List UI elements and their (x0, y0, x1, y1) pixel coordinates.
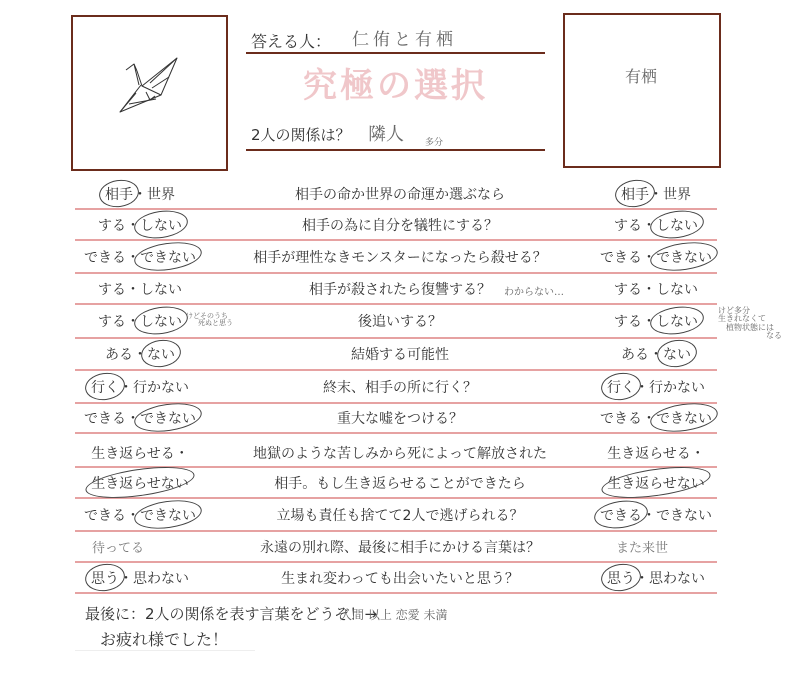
option[interactable]: 世界 (147, 184, 175, 204)
option[interactable]: できない (140, 408, 196, 428)
question-row: する・しない 相手の為に自分を犠牲にする？ する・しない (75, 210, 717, 241)
right-choice: 相手・世界 (595, 184, 717, 204)
option[interactable]: ある (621, 344, 649, 364)
option[interactable]: 思わない (649, 568, 705, 588)
right-choice: できる・できない (595, 247, 717, 267)
option[interactable]: 思わない (133, 568, 189, 588)
left-choice: ある・ない (75, 344, 205, 364)
option[interactable]: できない (656, 247, 712, 267)
question-row: できる・できない 相手が理性なきモンスターになったら殺せる？ できる・できない (75, 241, 717, 274)
left-choice: 生き返らせない (75, 473, 205, 493)
relationship-underline (246, 149, 545, 151)
closing-prompt: 最後に：2人の関係を表す言葉をどうぞ！→ (85, 603, 377, 624)
answerer-label: 答える人： (251, 29, 331, 52)
question-text: 結婚する可能性 (205, 344, 595, 364)
option[interactable]: 世界 (663, 184, 691, 204)
answerer-underline (246, 52, 545, 54)
question-row: 相手・世界 相手の命か世界の命運か選ぶなら 相手・世界 (75, 180, 717, 210)
question-row: ある・ない 結婚する可能性 ある・ない (75, 339, 717, 371)
separator: ・ (642, 282, 656, 298)
question-text: 相手の命か世界の命運か選ぶなら (205, 184, 595, 204)
option[interactable]: しない (140, 215, 182, 235)
question-text: 立場も責任も捨てて2人で逃げられる？ (205, 505, 595, 525)
handwritten-note-right: けど多分 生きれなくて 植物状態には なる (718, 307, 782, 341)
relationship-note: 多分 (425, 135, 443, 148)
option[interactable]: 相手 (105, 184, 133, 204)
right-answer-text: また来世 (616, 541, 668, 556)
answerer-value: 仁侑と有栖 (352, 25, 457, 50)
option[interactable]: ある (105, 344, 133, 364)
option[interactable]: 相手 (621, 184, 649, 204)
option[interactable]: 生き返らせる (91, 443, 175, 463)
origami-crane-icon (73, 17, 226, 169)
option[interactable]: できない (140, 247, 196, 267)
option[interactable]: する (614, 279, 642, 299)
page-title: 究極の選択 (246, 58, 545, 107)
option[interactable]: できる (600, 247, 642, 267)
option[interactable]: 生き返らせる (607, 443, 691, 463)
option[interactable]: しない (656, 311, 698, 331)
option[interactable]: できる (84, 247, 126, 267)
thanks-message: お疲れ様でした！ (100, 627, 228, 650)
left-answer-text: 待ってる (92, 541, 144, 556)
option[interactable]: 行かない (649, 377, 705, 397)
left-choice: できる・できない (75, 247, 205, 267)
right-choice: する・しない (595, 311, 717, 331)
option[interactable]: できない (656, 408, 712, 428)
question-text: 終末、相手の所に行く？ (205, 377, 595, 397)
option[interactable]: しない (656, 215, 698, 235)
question-row: 思う・思わない 生まれ変わっても出会いたいと思う？ 思う・思わない (75, 563, 717, 594)
right-choice: する・しない (595, 279, 717, 299)
right-choice: できる・できない (595, 408, 717, 428)
left-choice: する・しない (75, 215, 205, 235)
right-choice: 生き返らせない (595, 473, 717, 493)
question-row: できる・できない 立場も責任も捨てて2人で逃げられる？ できる・できない (75, 499, 717, 532)
option[interactable]: できない (656, 505, 712, 525)
right-choice: 行く・行かない (595, 377, 717, 397)
option[interactable]: できる (84, 505, 126, 525)
option[interactable]: しない (140, 311, 182, 331)
right-choice: 生き返らせる・ (595, 443, 717, 463)
option[interactable]: 生き返らせない (607, 473, 705, 493)
divider (75, 650, 255, 651)
option[interactable]: 行く (91, 377, 119, 397)
question-text: 生まれ変わっても出会いたいと思う？ (205, 568, 595, 588)
relationship-label: 2人の関係は？ (251, 124, 351, 145)
left-choice: 生き返らせる・ (75, 443, 205, 463)
left-choice: する・しない (75, 279, 205, 299)
option[interactable]: できる (84, 408, 126, 428)
option[interactable]: ない (663, 344, 691, 364)
question-text: 地獄のような苦しみから死によって解放された (205, 443, 595, 463)
right-choice: 思う・思わない (595, 568, 717, 588)
option[interactable]: 行く (607, 377, 635, 397)
option[interactable]: 思う (91, 568, 119, 588)
question-text: 相手が理性なきモンスターになったら殺せる？ (205, 247, 595, 267)
right-choice: できる・できない (595, 505, 717, 525)
option[interactable]: しない (656, 279, 698, 299)
handwritten-note: わからない… (504, 288, 564, 299)
question-row: 待ってる 永遠の別れ際、最後に相手にかける言葉は？ また来世 (75, 532, 717, 563)
separator: ・ (691, 446, 705, 462)
question-row: 行く・行かない 終末、相手の所に行く？ 行く・行かない (75, 371, 717, 404)
option[interactable]: できる (600, 505, 642, 525)
right-portrait-name: 有栖 (625, 64, 657, 87)
left-choice: 行く・行かない (75, 377, 205, 397)
option[interactable]: 生き返らせない (91, 473, 189, 493)
option[interactable]: できない (140, 505, 196, 525)
option[interactable]: 思う (607, 568, 635, 588)
option[interactable]: 行かない (133, 377, 189, 397)
separator: ・ (175, 446, 189, 462)
question-row: する・しない 相手が殺されたら復讐する？ する・しない (75, 274, 717, 305)
left-answer: 待ってる (75, 537, 205, 556)
question-row: する・しない 後追いする？ する・しない (75, 305, 717, 339)
handwritten-note-left: けどそのうち 死ぬと思う (186, 313, 233, 328)
option[interactable]: しない (140, 279, 182, 299)
closing-answer: 人間 以上 恋愛 未満 (340, 606, 447, 623)
option[interactable]: する (614, 215, 642, 235)
left-choice: できる・できない (75, 505, 205, 525)
question-row-part2: 生き返らせない 相手。もし生き返らせることができたら 生き返らせない (75, 468, 717, 499)
left-choice: 思う・思わない (75, 568, 205, 588)
option[interactable]: する (98, 215, 126, 235)
option[interactable]: する (98, 311, 126, 331)
question-text: 相手。もし生き返らせることができたら (205, 473, 595, 493)
question-text: 重大な嘘をつける？ (205, 408, 595, 428)
right-portrait-box: 有栖 (563, 13, 721, 168)
left-choice: できる・できない (75, 408, 205, 428)
option[interactable]: ない (147, 344, 175, 364)
question-row-part1: 生き返らせる・ 地獄のような苦しみから死によって解放された 生き返らせる・ (75, 434, 717, 468)
separator: ・ (126, 282, 140, 298)
option[interactable]: できる (600, 408, 642, 428)
question-text: 後追いする？ (205, 311, 595, 331)
option[interactable]: する (614, 311, 642, 331)
right-choice: ある・ない (595, 344, 717, 364)
right-answer: また来世 (595, 537, 717, 556)
left-portrait-box (71, 15, 228, 171)
option[interactable]: する (98, 279, 126, 299)
question-text: 相手の為に自分を犠牲にする？ (205, 215, 595, 235)
question-text: 永遠の別れ際、最後に相手にかける言葉は？ (205, 537, 595, 557)
question-row: できる・できない 重大な嘘をつける？ できる・できない (75, 404, 717, 434)
relationship-value: 隣人 (368, 120, 404, 146)
left-choice: 相手・世界 (75, 184, 205, 204)
right-choice: する・しない (595, 215, 717, 235)
